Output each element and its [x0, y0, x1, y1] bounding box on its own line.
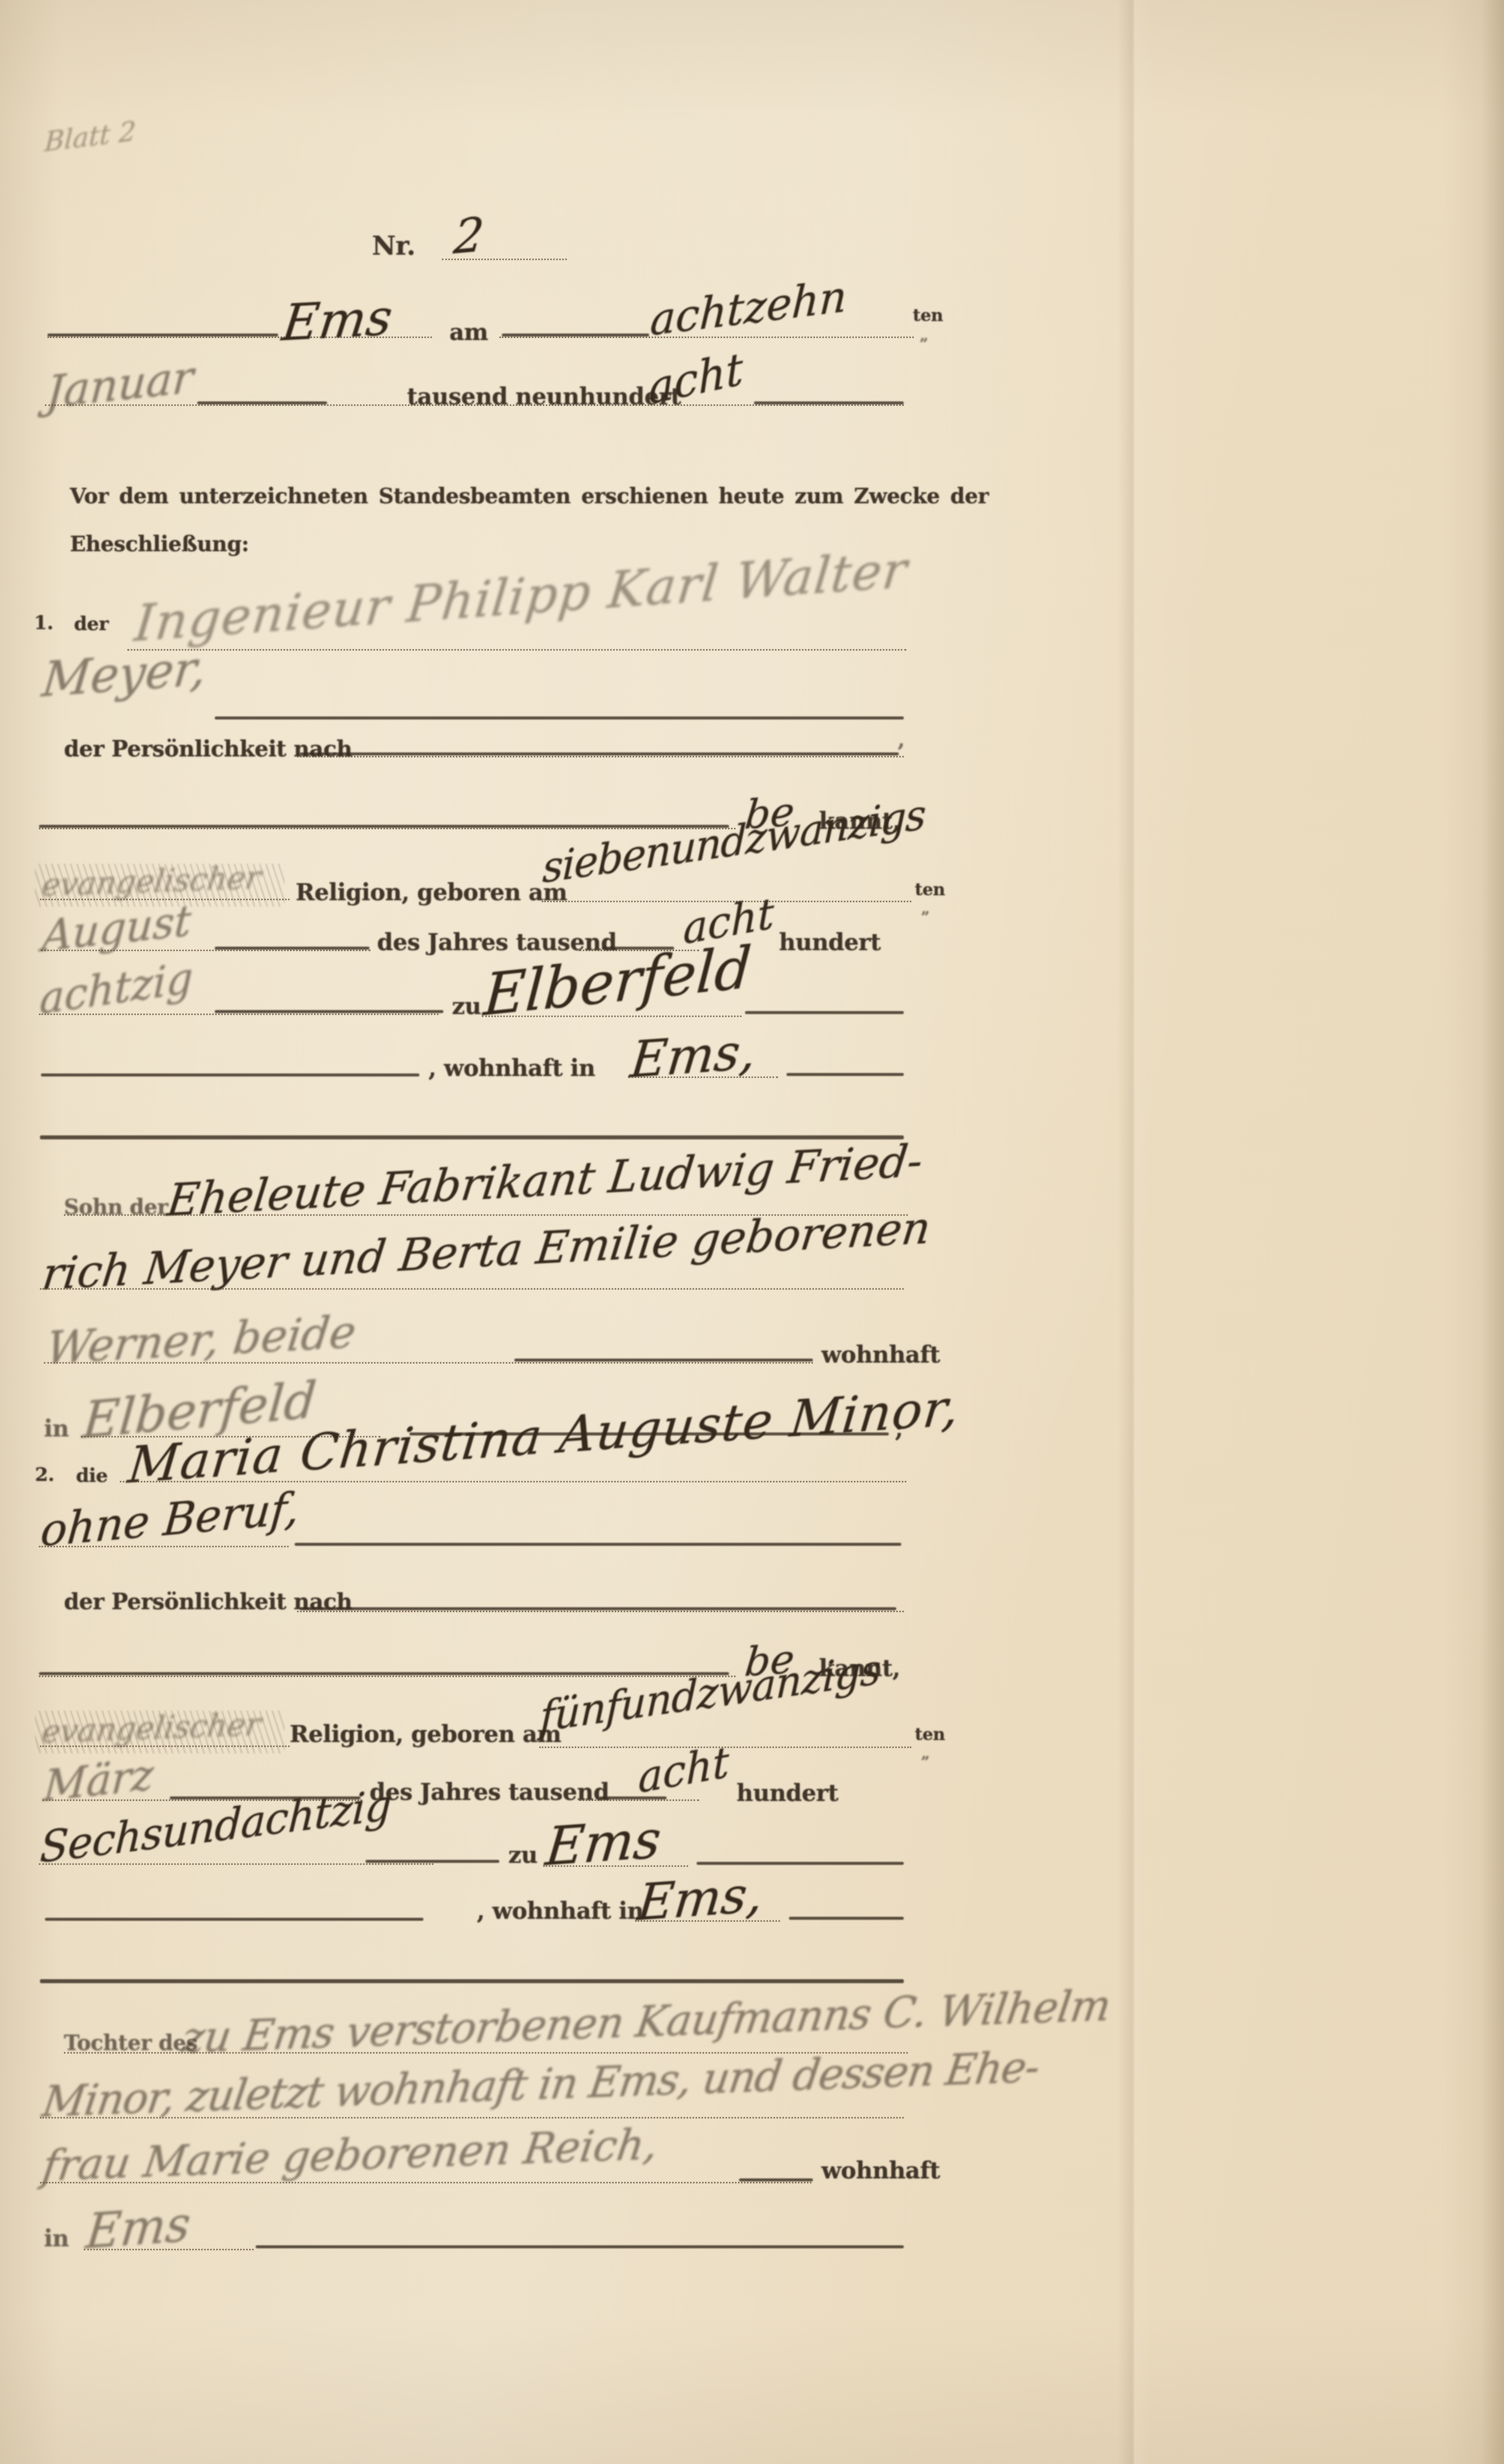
ink-filler-stroke — [40, 1979, 904, 1983]
ink-filler-stroke — [697, 1862, 904, 1865]
ink-filler-stroke — [215, 1010, 443, 1013]
bride-ordinal-suffix: ten — [915, 1726, 945, 1743]
bride-century: acht — [638, 1741, 729, 1799]
groom-wohnhaft-label: wohnhaft — [821, 1343, 940, 1366]
ordinal-suffix-mark: „ — [921, 902, 930, 917]
day-value: achtzehn — [649, 275, 848, 343]
intro-line-2: Eheschließung: — [70, 534, 249, 555]
ink-filler-stroke — [39, 1672, 729, 1675]
form-rule — [40, 1746, 290, 1747]
sheet-number-note: Blatt 2 — [44, 117, 137, 156]
groom-index: 1. — [34, 613, 53, 632]
form-rule — [39, 1546, 289, 1547]
groom-surname: Meyer, — [40, 645, 209, 704]
place-value: Ems — [280, 293, 395, 349]
form-rule — [40, 2117, 904, 2118]
ordinal-suffix-mark: „ — [920, 329, 928, 344]
groom-decade: achtzig — [39, 957, 194, 1021]
ink-filler-stroke — [366, 1860, 499, 1863]
bride-wohnhaft-label: wohnhaft — [821, 2159, 940, 2182]
groom-religion-label: Religion, geboren am — [296, 881, 567, 904]
record-number-label: Nr. — [372, 233, 415, 259]
groom-zu-label: zu — [452, 995, 481, 1018]
ink-filler-stroke — [40, 1135, 904, 1139]
bride-year-label: des Jahres tausend — [370, 1780, 609, 1803]
groom-ordinal-suffix: ten — [915, 881, 945, 898]
document-sheet: Blatt 2 Nr. 2 Ems am achtzehn ten „ Janu… — [0, 0, 1504, 2464]
identity-line-comma: , — [898, 730, 904, 750]
form-rule — [635, 1920, 780, 1922]
form-rule — [127, 649, 906, 651]
ink-filler-stroke — [300, 1607, 896, 1610]
ink-filler-stroke — [256, 2245, 904, 2248]
form-rule — [297, 1611, 904, 1612]
bride-residence: Ems, — [635, 1869, 765, 1928]
groom-parents-line-3: Werner, beide — [44, 1310, 359, 1371]
ink-filler-stroke — [300, 752, 899, 755]
form-rule — [482, 1016, 742, 1017]
form-rule — [39, 1676, 736, 1677]
printed-year-words: tausend neunhundert — [407, 385, 681, 408]
bride-hundred-label: hundert — [737, 1781, 838, 1804]
bride-zu-label: zu — [508, 1843, 538, 1866]
bride-birth-place: Ems — [543, 1813, 664, 1874]
ink-filler-stroke — [197, 401, 327, 404]
ink-filler-stroke — [514, 1359, 813, 1362]
paper-right-edge — [1481, 0, 1504, 2464]
bride-article: die — [76, 1466, 108, 1485]
groom-hundred-label: hundert — [779, 931, 881, 954]
ink-filler-stroke — [786, 1073, 904, 1076]
bride-wohnhaft-in-label: , wohnhaft in — [477, 1899, 644, 1922]
ink-filler-stroke — [295, 1543, 901, 1546]
ordinal-suffix-mark: „ — [921, 1747, 930, 1761]
form-rule — [41, 950, 371, 951]
groom-occupation-names: Ingenieur Philipp Karl Walter — [132, 545, 910, 649]
groom-birth-day: siebenundzwanzigs — [542, 794, 926, 890]
ordinal-suffix: ten — [913, 307, 943, 324]
bride-in-label: in — [44, 2227, 69, 2250]
record-number-rule — [442, 259, 567, 260]
form-rule — [120, 1481, 906, 1482]
ink-filler-stroke — [789, 1917, 904, 1920]
groom-wohnhaft-in-label: , wohnhaft in — [428, 1056, 595, 1079]
form-rule — [44, 1362, 813, 1364]
ink-filler-stroke — [215, 716, 904, 719]
form-rule — [297, 756, 904, 757]
ink-filler-stroke — [502, 334, 649, 337]
bride-occupation: ohne Beruf, — [39, 1486, 301, 1553]
form-rule — [39, 828, 736, 829]
groom-birth-month: August — [41, 900, 193, 958]
bride-religion-label: Religion, geboren am — [290, 1723, 561, 1746]
bride-birth-day: fünfundzwanzigs — [539, 1649, 881, 1739]
printed-am: am — [449, 321, 488, 344]
groom-in-label: in — [44, 1417, 69, 1440]
ink-filler-stroke — [45, 1918, 423, 1921]
bride-religion-value: evangelischer — [40, 1709, 263, 1748]
ink-filler-stroke — [754, 401, 904, 404]
form-rule — [39, 1014, 438, 1015]
bride-index: 2. — [35, 1465, 54, 1484]
form-rule — [39, 1863, 433, 1865]
ink-filler-stroke — [739, 2178, 813, 2181]
form-rule — [543, 1865, 688, 1867]
ink-filler-stroke — [41, 1073, 419, 1076]
bride-parents-line-3: frau Marie geborenen Reich, — [40, 2123, 661, 2187]
ink-filler-stroke — [745, 1011, 904, 1014]
ink-filler-stroke — [215, 947, 370, 950]
registry-form-page: { "doc": { "sheet_note": "Blatt 2", "rec… — [0, 0, 1504, 2464]
form-rule — [40, 2182, 811, 2183]
groom-article: der — [74, 614, 108, 633]
year-value: acht — [648, 347, 744, 411]
record-number-value: 2 — [452, 212, 486, 262]
bride-daughter-label: Tochter des — [64, 2033, 198, 2054]
groom-religion-value: evangelischer — [40, 862, 263, 901]
paper-fold-crease — [1118, 0, 1149, 2464]
intro-line-1: Vor dem unterzeichneten Standesbeamten e… — [70, 486, 989, 507]
bride-parents-residence: Ems — [84, 2201, 193, 2256]
form-rule — [628, 1076, 778, 1078]
form-rule — [84, 2249, 254, 2250]
form-rule — [40, 1288, 904, 1290]
